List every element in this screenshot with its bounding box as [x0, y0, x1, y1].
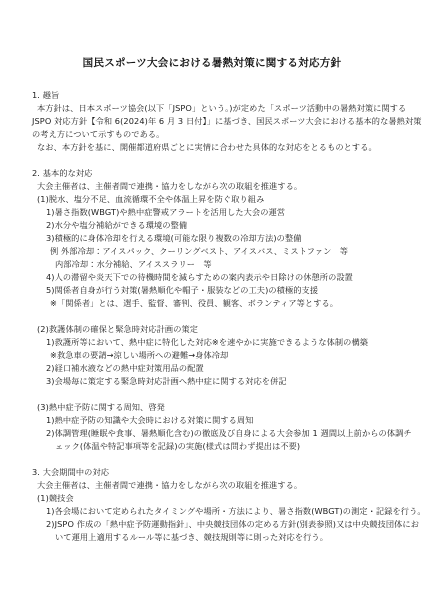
- section-heading-3: 3. 大会期間中の対応: [32, 466, 396, 479]
- doc-line: なお、本方針を基に、開催都道府県ごとに実情に合わせた具体的な対応をとるものとする…: [32, 141, 396, 154]
- doc-subsection-1b: (1)競技会: [32, 492, 396, 505]
- doc-line: JSPO 対応方針【令和 6(2024)年 6 月 3 日付】」に基づき、国民ス…: [32, 115, 396, 128]
- doc-list-item: 2)JSPO 作成の「熱中症予防運動指針」、中央競技団体の定める方針(別表参照)…: [32, 518, 396, 531]
- doc-line: ェック(体温や特記事項等を記録)の実施(様式は問わず提出は不要): [32, 440, 396, 453]
- doc-list-item: 2)経口補水液などの熱中症対策用品の配置: [32, 362, 396, 375]
- doc-subsection-2: (2)救護体制の確保と緊急時対応計画の策定: [32, 323, 396, 336]
- doc-list-item: 4)人の滞留や炎天下での待機時間を減らすための案内表示や日除けの休憩所の設置: [32, 271, 396, 284]
- doc-example-line: 例 外部冷却：アイスパック、クーリングベスト、アイスバス、ミストファン 等: [32, 245, 396, 258]
- document-page: 国民スポーツ大会における暑熱対策に関する対応方針 1. 趣旨 本方針は、日本スポ…: [0, 0, 424, 600]
- doc-line: いて運用上適用するルール等に基づき、競技規則等に則った対応を行う。: [32, 531, 396, 544]
- doc-line: の考え方について示すものである。: [32, 128, 396, 141]
- doc-subsection-3: (3)熱中症予防に関する周知、啓発: [32, 401, 396, 414]
- doc-list-item: 3)積極的に身体冷却を行える環境(可能な限り複数の冷却方法)の整備: [32, 232, 396, 245]
- doc-note-line: ※救急車の要請→涼しい場所への避難→身体冷却: [32, 349, 396, 362]
- doc-list-item: 3)会場毎に策定する緊急時対応計画へ熱中症に関する対応を併記: [32, 375, 396, 388]
- doc-list-item: 1)救護所等において、熱中症に特化した対応※を速やかに実施できるような体制の構築: [32, 336, 396, 349]
- doc-list-item: 1)熱中症予防の知識や大会時における対策に関する周知: [32, 414, 396, 427]
- document-title: 国民スポーツ大会における暑熱対策に関する対応方針: [0, 55, 424, 71]
- doc-list-item: 2)体調管理(睡眠や食事、暑熱順化含む)の徹底及び自身による大会参加 1 週間以…: [32, 427, 396, 440]
- doc-list-item: 1)各会場において定められたタイミングや場所・方法により、暑さ指数(WBGT)の…: [32, 505, 396, 518]
- document-body: 1. 趣旨 本方針は、日本スポーツ協会(以下「JSPO」という。)が定めた「スポ…: [32, 89, 396, 544]
- doc-list-item: 2)水分や塩分補給ができる環境の整備: [32, 219, 396, 232]
- doc-example-line: 内部冷却：水分補給、アイススラリー 等: [32, 258, 396, 271]
- doc-subsection-1: (1)脱水、塩分不足、血流循環不全や体温上昇を防ぐ取り組み: [32, 193, 396, 206]
- doc-line: 大会主催者は、主催者間で連携・協力をしながら次の取組を推進する。: [32, 479, 396, 492]
- section-heading-1: 1. 趣旨: [32, 89, 396, 102]
- doc-note-line: ※「関係者」とは、選手、監督、審判、役員、観客、ボランティア等とする。: [32, 297, 396, 310]
- doc-line: 本方針は、日本スポーツ協会(以下「JSPO」という。)が定めた「スポーツ活動中の…: [32, 102, 396, 115]
- doc-list-item: 5)関係者自身が行う対策(暑熱順化や帽子・服装などの工夫)の積極的支援: [32, 284, 396, 297]
- doc-list-item: 1)暑さ指数(WBGT)や熱中症警戒アラートを活用した大会の運営: [32, 206, 396, 219]
- section-heading-2: 2. 基本的な対応: [32, 167, 396, 180]
- doc-line: 大会主催者は、主催者間で連携・協力をしながら次の取組を推進する。: [32, 180, 396, 193]
